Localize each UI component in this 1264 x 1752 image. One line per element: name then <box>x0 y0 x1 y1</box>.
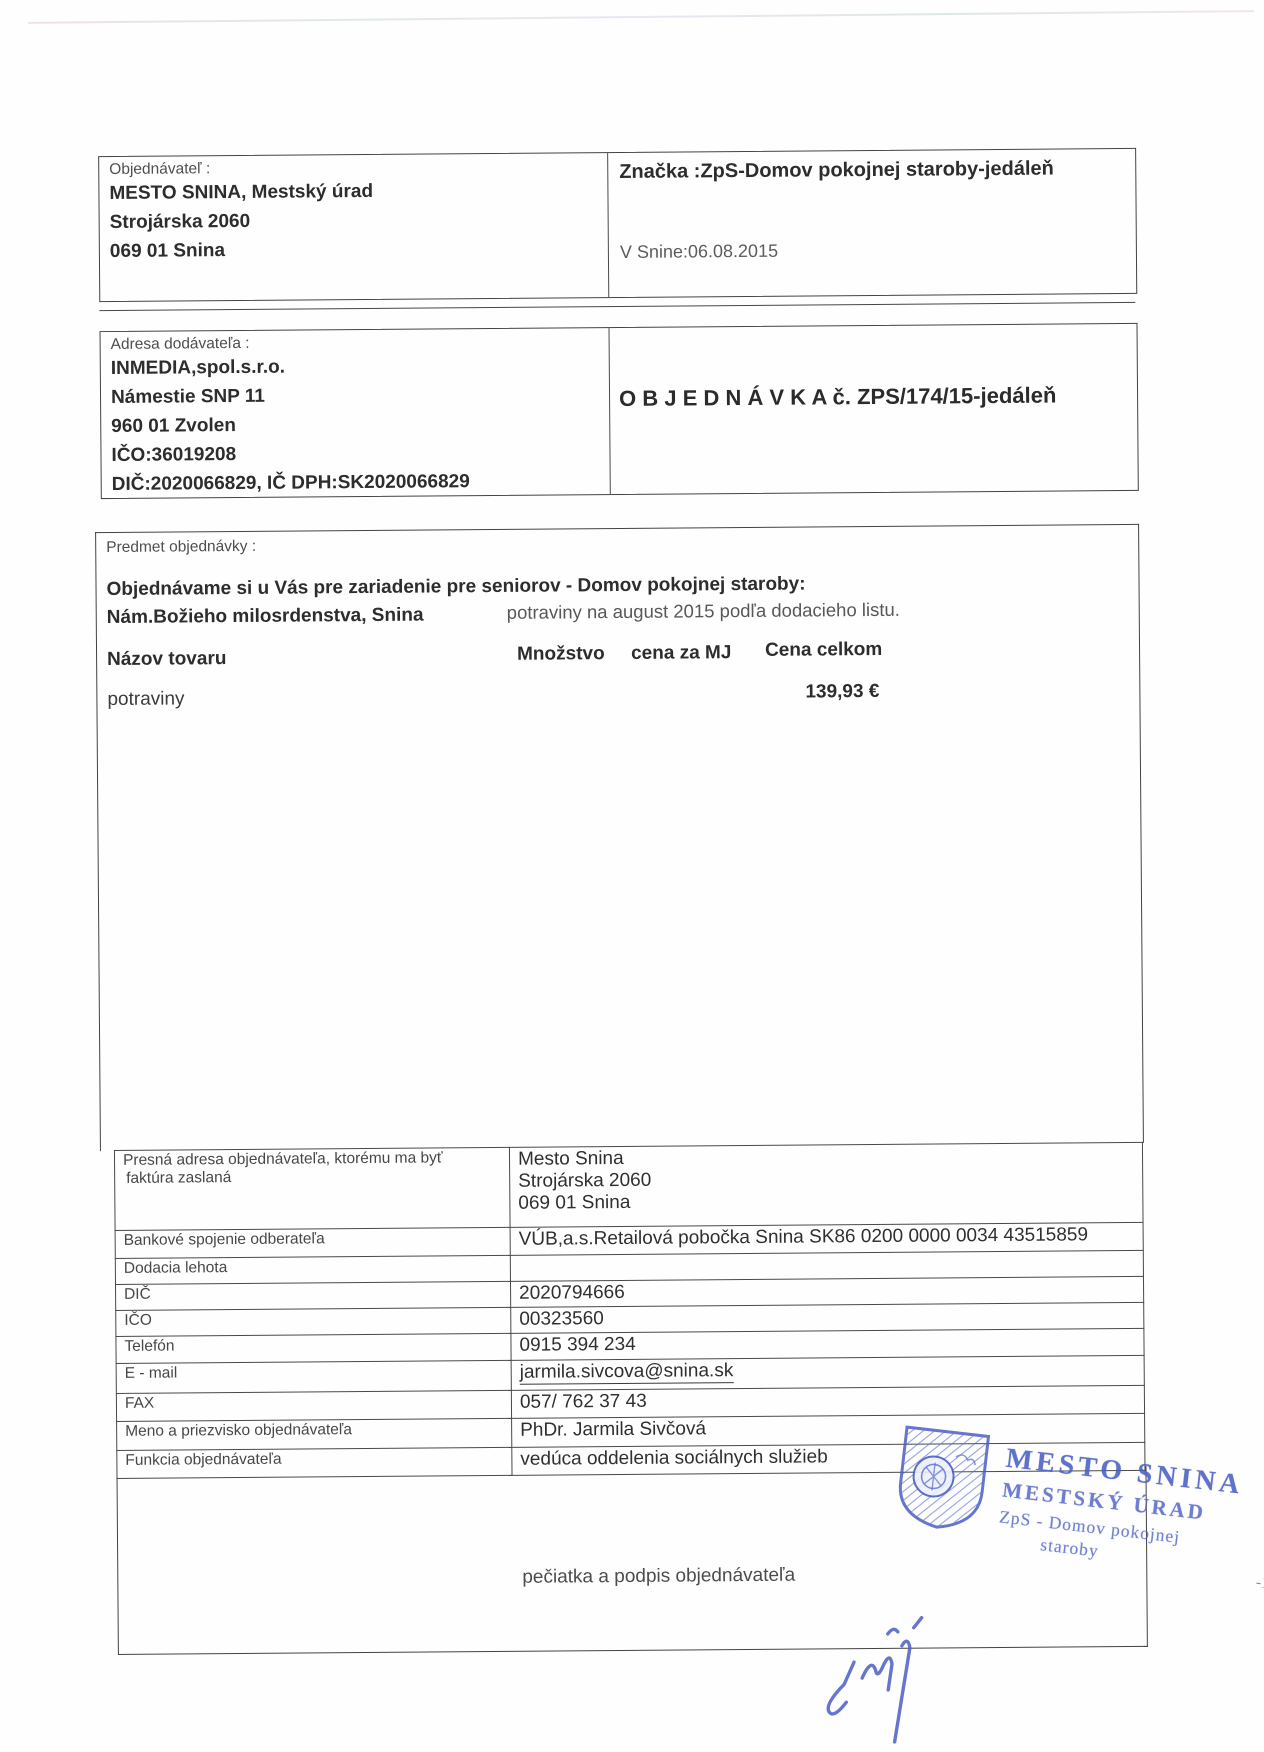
delivery-term-label: Dodacia lehota <box>115 1255 510 1284</box>
dic-label: DIČ <box>116 1281 511 1310</box>
coat-of-arms-icon <box>889 1420 997 1538</box>
box-divider <box>609 328 611 494</box>
reference-mark: Značka :ZpS-Domov pokojnej staroby-jedál… <box>619 157 1124 184</box>
order-details-table: Presná adresa objednávateľa, ktorému ma … <box>114 1142 1146 1479</box>
handwritten-signature <box>810 1605 981 1751</box>
supplier-cell: Adresa dodávateľa : INMEDIA,spol.s.r.o. … <box>111 333 470 499</box>
stamp-caption: pečiatka a podpis objednávateľa <box>522 1565 795 1589</box>
phone-label: Telefón <box>116 1333 511 1363</box>
place-date: V Snine:06.08.2015 <box>620 238 1125 263</box>
supplier-ico: IČO:36019208 <box>111 438 469 470</box>
customer-cell: Objednávateľ : MESTO SNINA, Mestský úrad… <box>109 159 373 266</box>
customer-city: 069 01 Snina <box>110 235 374 266</box>
customer-name: MESTO SNINA, Mestský úrad <box>109 177 373 208</box>
supplier-order-box: Adresa dodávateľa : INMEDIA,spol.s.r.o. … <box>100 323 1139 499</box>
subject-line2-right: potraviny na august 2015 podľa dodacieho… <box>507 599 900 624</box>
supplier-dic: DIČ:2020066829, IČ DPH:SK2020066829 <box>112 467 470 499</box>
item-name: potraviny <box>107 688 184 711</box>
order-number-cell: O B J E D N Á V K A č. ZPS/174/15-jedále… <box>619 382 1134 412</box>
ico-label: IČO <box>116 1307 511 1336</box>
supplier-street: Námestie SNP 11 <box>111 380 469 412</box>
table-row: Presná adresa objednávateľa, ktorému ma … <box>114 1142 1143 1230</box>
subject-label: Predmet objednávky : <box>106 538 256 557</box>
subject-line2-left: Nám.Božieho milosrdenstva, Snina <box>107 601 424 632</box>
item-total: 139,93 € <box>709 677 879 707</box>
customer-reference-box: Objednávateľ : MESTO SNINA, Mestský úrad… <box>98 148 1137 302</box>
invoice-address-value: Mesto Snina Strojárska 2060 069 01 Snina <box>509 1142 1143 1227</box>
column-header-total: Cena celkom <box>765 635 882 665</box>
document-body: Objednávateľ : MESTO SNINA, Mestský úrad… <box>0 0 1264 1752</box>
supplier-city: 960 01 Zvolen <box>111 409 469 441</box>
column-header-qty: Množstvo <box>517 639 605 669</box>
stamp-text: MESTO SNINA MESTSKÝ ÚRAD ZpS - Domov pok… <box>996 1443 1264 1583</box>
bank-label: Bankové spojenie odberateľa <box>115 1227 510 1258</box>
supplier-name: INMEDIA,spol.s.r.o. <box>111 351 469 383</box>
scanned-order-document: Objednávateľ : MESTO SNINA, Mestský úrad… <box>0 0 1264 1752</box>
email-value: jarmila.sivcova@snina.sk <box>511 1355 1144 1390</box>
box-divider <box>607 153 609 297</box>
stamp-page-mark: -1- <box>1255 1574 1264 1594</box>
column-header-unit-price: cena za MJ <box>631 638 732 668</box>
signature-icon <box>810 1605 981 1746</box>
order-subject-box: Predmet objednávky : Objednávame si u Vá… <box>95 524 1144 1151</box>
orderer-name-label: Meno a priezvisko objednávateľa <box>117 1418 512 1450</box>
subject-line1: Objednávame si u Vás pre zariadenie pre … <box>106 570 805 604</box>
invoice-address-label: Presná adresa objednávateľa, ktorému ma … <box>114 1147 510 1230</box>
customer-street: Strojárska 2060 <box>110 206 374 237</box>
order-title: O B J E D N Á V K A č. ZPS/174/15-jedále… <box>619 382 1134 412</box>
email-label: E - mail <box>116 1360 511 1393</box>
double-rule <box>99 302 1135 311</box>
column-header-name: Názov tovaru <box>107 644 227 674</box>
reference-cell: Značka :ZpS-Domov pokojnej staroby-jedál… <box>619 157 1125 263</box>
customer-label: Objednávateľ : <box>109 159 373 179</box>
fax-label: FAX <box>116 1390 511 1421</box>
